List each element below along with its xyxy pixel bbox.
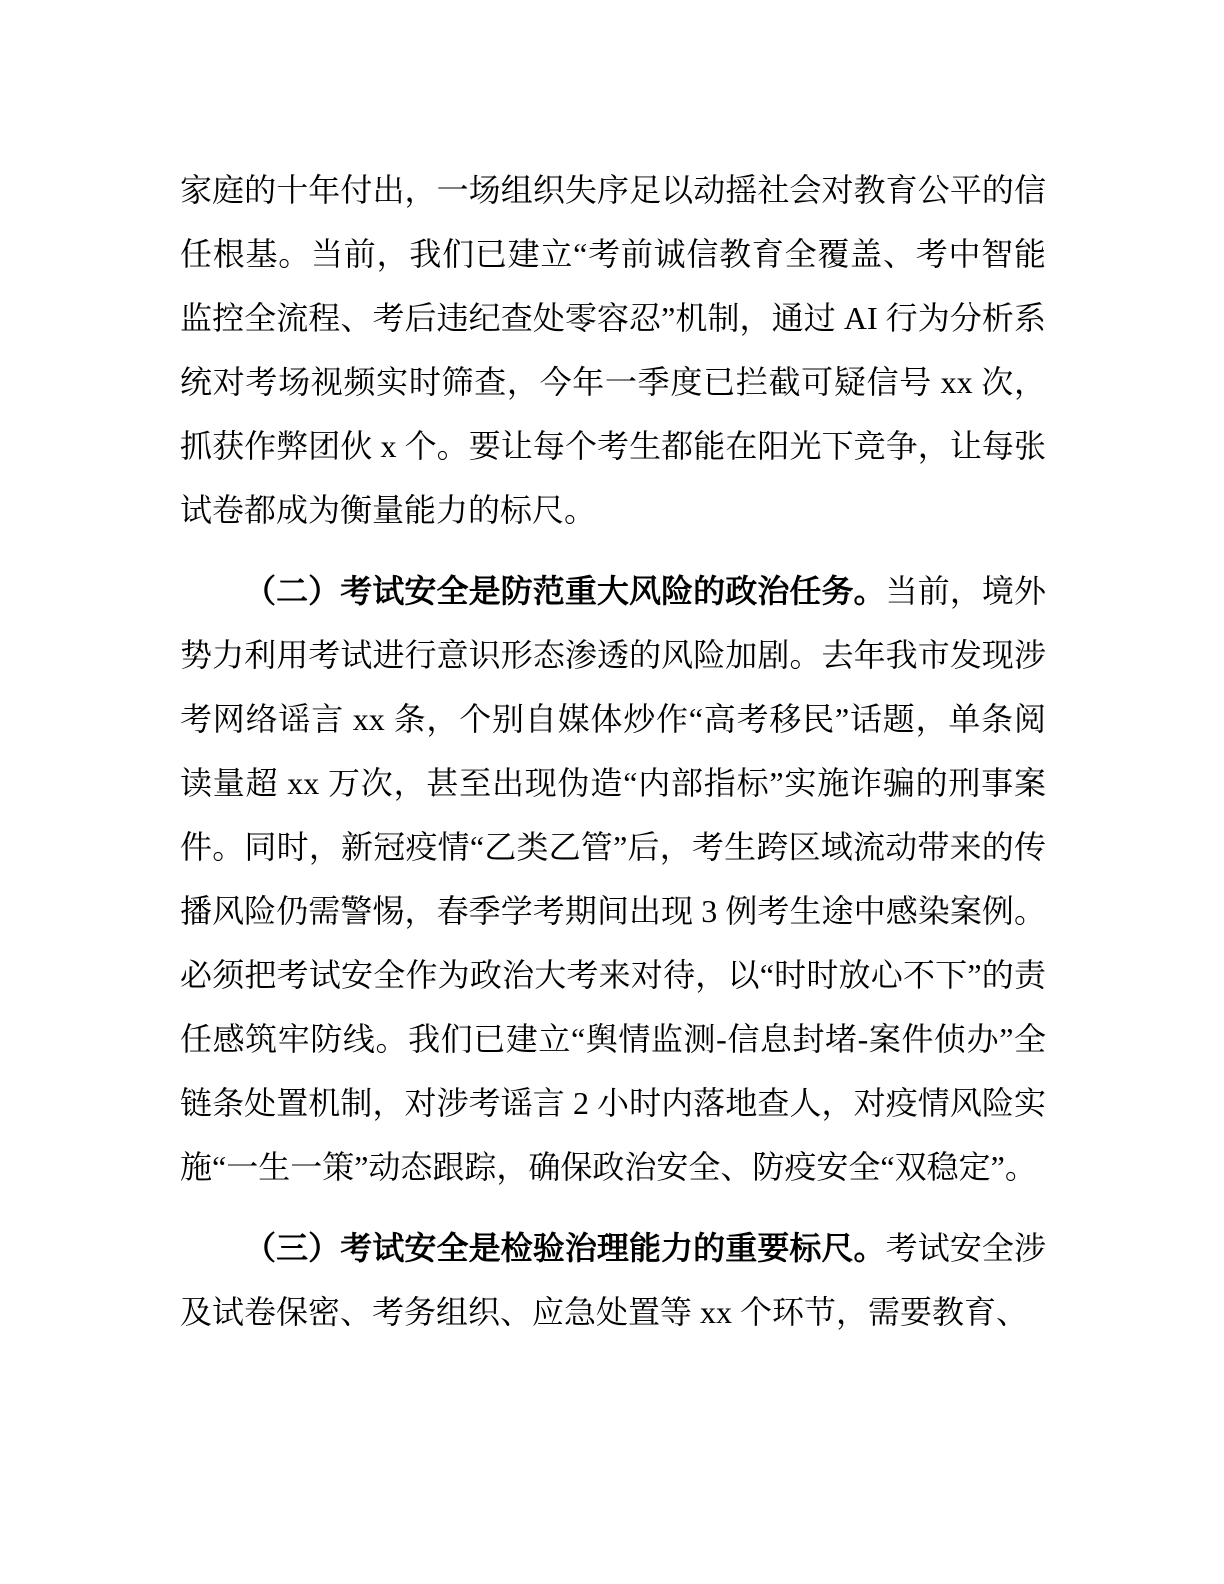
document-page: 家庭的十年付出，一场组织失序足以动摇社会对教育公平的信任根基。当前，我们已建立“… bbox=[0, 0, 1224, 1584]
document-body: 家庭的十年付出，一场组织失序足以动摇社会对教育公平的信任根基。当前，我们已建立“… bbox=[180, 158, 1046, 1344]
paragraph-text: 当前，境外势力利用考试进行意识形态渗透的风险加剧。去年我市发现涉考网络谣言 xx… bbox=[180, 573, 1046, 1185]
paragraph-text: 家庭的十年付出，一场组织失序足以动摇社会对教育公平的信任根基。当前，我们已建立“… bbox=[180, 172, 1046, 528]
paragraph-continuation: 家庭的十年付出，一场组织失序足以动摇社会对教育公平的信任根基。当前，我们已建立“… bbox=[180, 158, 1046, 542]
paragraph-section-3: （三）考试安全是检验治理能力的重要标尺。考试安全涉及试卷保密、考务组织、应急处置… bbox=[180, 1216, 1046, 1344]
paragraph-section-2: （二）考试安全是防范重大风险的政治任务。当前，境外势力利用考试进行意识形态渗透的… bbox=[180, 559, 1046, 1199]
paragraph-heading: （三）考试安全是检验治理能力的重要标尺。 bbox=[244, 1230, 886, 1266]
paragraph-heading: （二）考试安全是防范重大风险的政治任务。 bbox=[244, 573, 886, 609]
